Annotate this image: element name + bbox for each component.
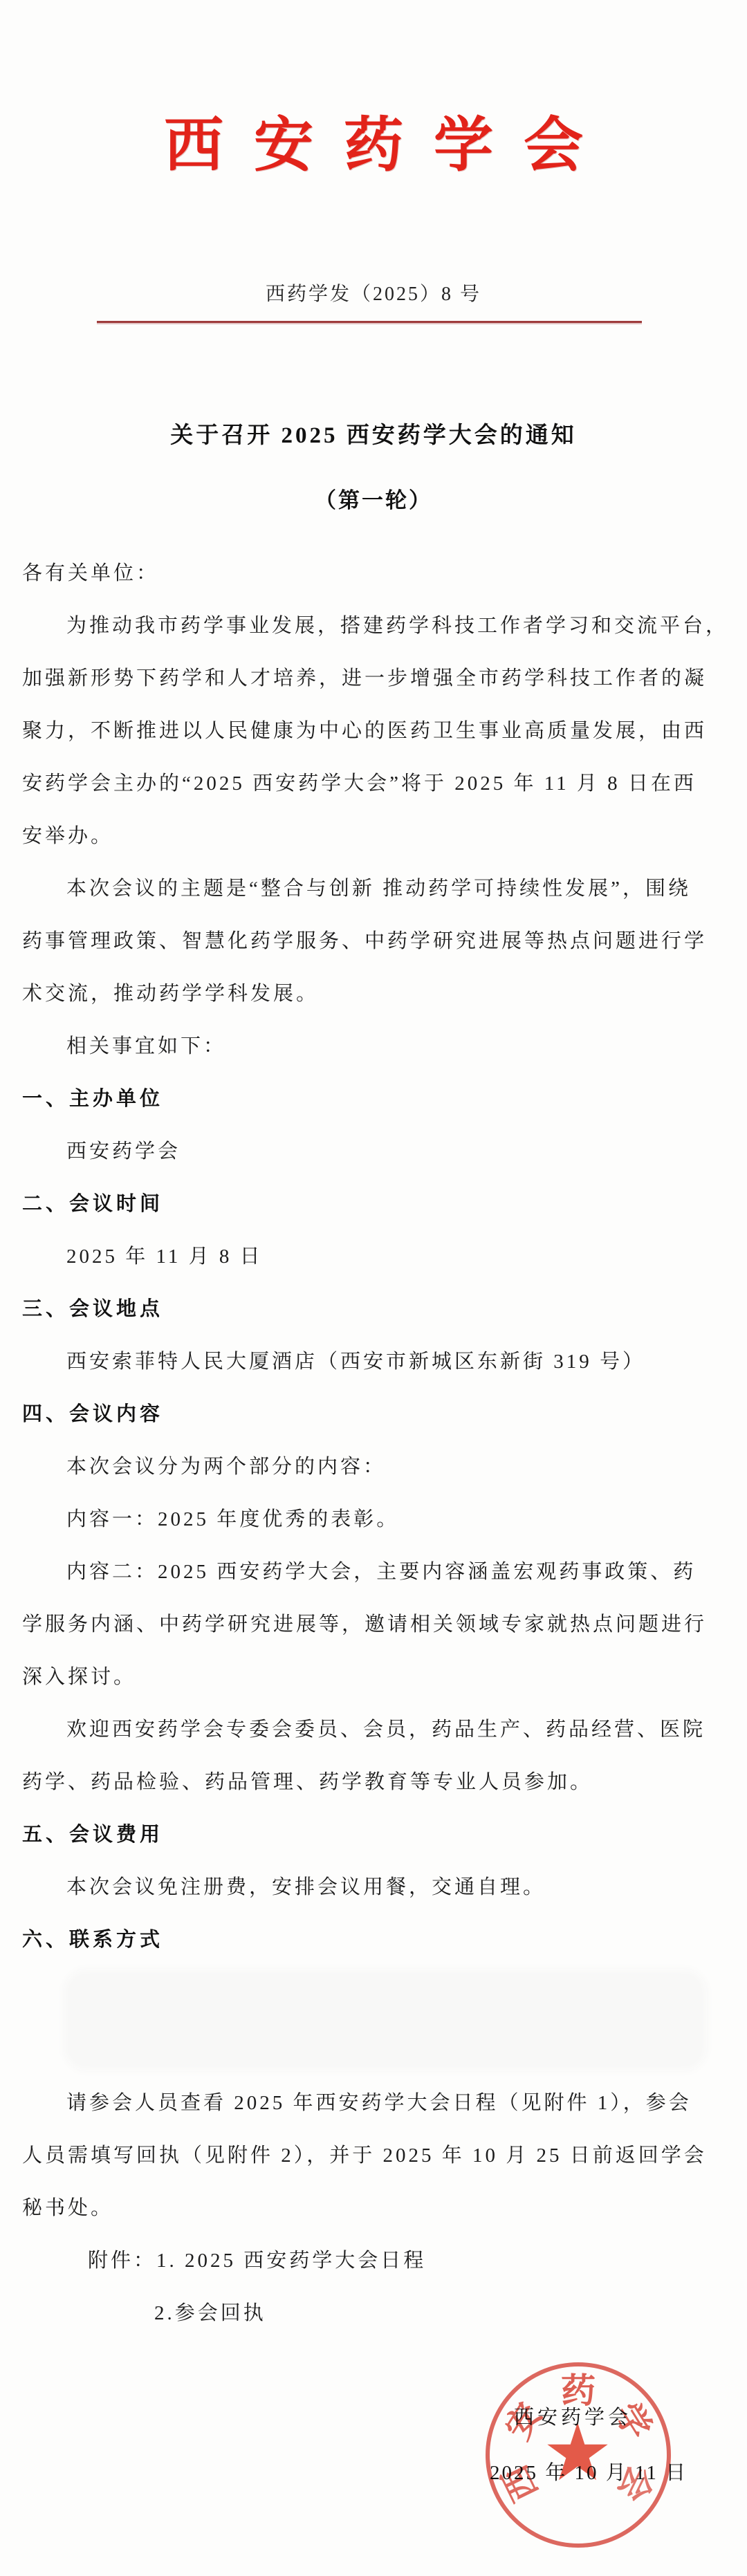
body-line: 学服务内涵、中药学研究进展等，邀请相关领域专家就热点问题进行 xyxy=(22,1598,728,1651)
attachment-line-2: 2.参会回执 xyxy=(22,2287,728,2339)
org-title-text: 西安药学会 xyxy=(133,104,614,187)
notice-title: 关于召开 2025 西安药学大会的通知 xyxy=(0,419,747,452)
section-heading-venue: 三、会议地点 xyxy=(22,1283,728,1335)
section-heading-content: 四、会议内容 xyxy=(22,1388,728,1440)
body-line: 安药学会主办的“2025 西安药学大会”将于 2025 年 11 月 8 日在西 xyxy=(22,757,728,810)
body-line: 相关事宜如下： xyxy=(22,1020,728,1073)
body-line: 欢迎西安药学会专委会委员、会员，药品生产、药品经营、医院 xyxy=(22,1703,728,1756)
body-line: 各有关单位： xyxy=(22,547,728,600)
scanned-notice-document: 西安药学会 西药学发（2025）8 号 关于召开 2025 西安药学大会的通知 … xyxy=(0,0,747,2576)
seal-char: 会 xyxy=(611,2459,661,2507)
redaction-wash xyxy=(64,1969,707,2071)
body-line: 药学、药品检验、药品管理、药学教育等专业人员参加。 xyxy=(22,1756,728,1808)
body-line: 为推动我市药学事业发展，搭建药学科技工作者学习和交流平台， xyxy=(22,600,728,652)
section-heading-time: 二、会议时间 xyxy=(22,1178,728,1230)
letterhead-divider-rule xyxy=(97,321,642,323)
body-line: 药事管理政策、智慧化药学服务、中药学研究进展等热点问题进行学 xyxy=(22,915,728,967)
seal-char: 西 xyxy=(495,2459,545,2507)
body-line: 深入探讨。 xyxy=(22,1651,728,1703)
section-heading-fee: 五、会议费用 xyxy=(22,1808,728,1861)
body-line: 秘书处。 xyxy=(22,2182,728,2234)
body-line: 加强新形势下药学和人才培养，进一步增强全市药学科技工作者的凝 xyxy=(22,652,728,705)
letterhead: 西安药学会 xyxy=(0,104,747,187)
body-line: 安举办。 xyxy=(22,810,728,862)
body-line: 本次会议分为两个部分的内容： xyxy=(22,1440,728,1493)
body-line: 内容二：2025 西安药学大会，主要内容涵盖宏观药事政策、药 xyxy=(22,1546,728,1598)
notice-body: 各有关单位： 为推动我市药学事业发展，搭建药学科技工作者学习和交流平台， 加强新… xyxy=(22,547,728,2339)
body-line: 2025 年 11 月 8 日 xyxy=(22,1230,728,1283)
body-line: 术交流，推动药学学科发展。 xyxy=(22,967,728,1020)
body-line: 西安索菲特人民大厦酒店（西安市新城区东新街 319 号） xyxy=(22,1335,728,1388)
body-line: 本次会议免注册费，安排会议用餐，交通自理。 xyxy=(22,1861,728,1914)
body-line: 请参会人员查看 2025 年西安药学大会日程（见附件 1），参会 xyxy=(22,2077,728,2129)
section-heading-contact: 六、联系方式 xyxy=(22,1914,728,1966)
body-line: 聚力，不断推进以人民健康为中心的医药卫生事业高质量发展，由西 xyxy=(22,705,728,757)
section-heading-host: 一、主办单位 xyxy=(22,1073,728,1125)
body-line: 人员需填写回执（见附件 2），并于 2025 年 10 月 25 日前返回学会 xyxy=(22,2129,728,2182)
body-line: 西安药学会 xyxy=(22,1125,728,1178)
body-line: 本次会议的主题是“整合与创新 推动药学可持续性发展”，围绕 xyxy=(22,862,728,915)
official-seal: 西 安 药 学 会 xyxy=(477,2358,679,2559)
seal-star-icon xyxy=(547,2422,607,2480)
body-line: 内容一：2025 年度优秀的表彰。 xyxy=(22,1493,728,1546)
round-label: （第一轮） xyxy=(0,485,747,516)
document-number: 西药学发（2025）8 号 xyxy=(0,279,747,310)
seal-char: 药 xyxy=(561,2371,596,2410)
attachment-line-1: 附件：1. 2025 西安药学大会日程 xyxy=(22,2234,728,2287)
redacted-contact-area xyxy=(22,1966,728,2077)
